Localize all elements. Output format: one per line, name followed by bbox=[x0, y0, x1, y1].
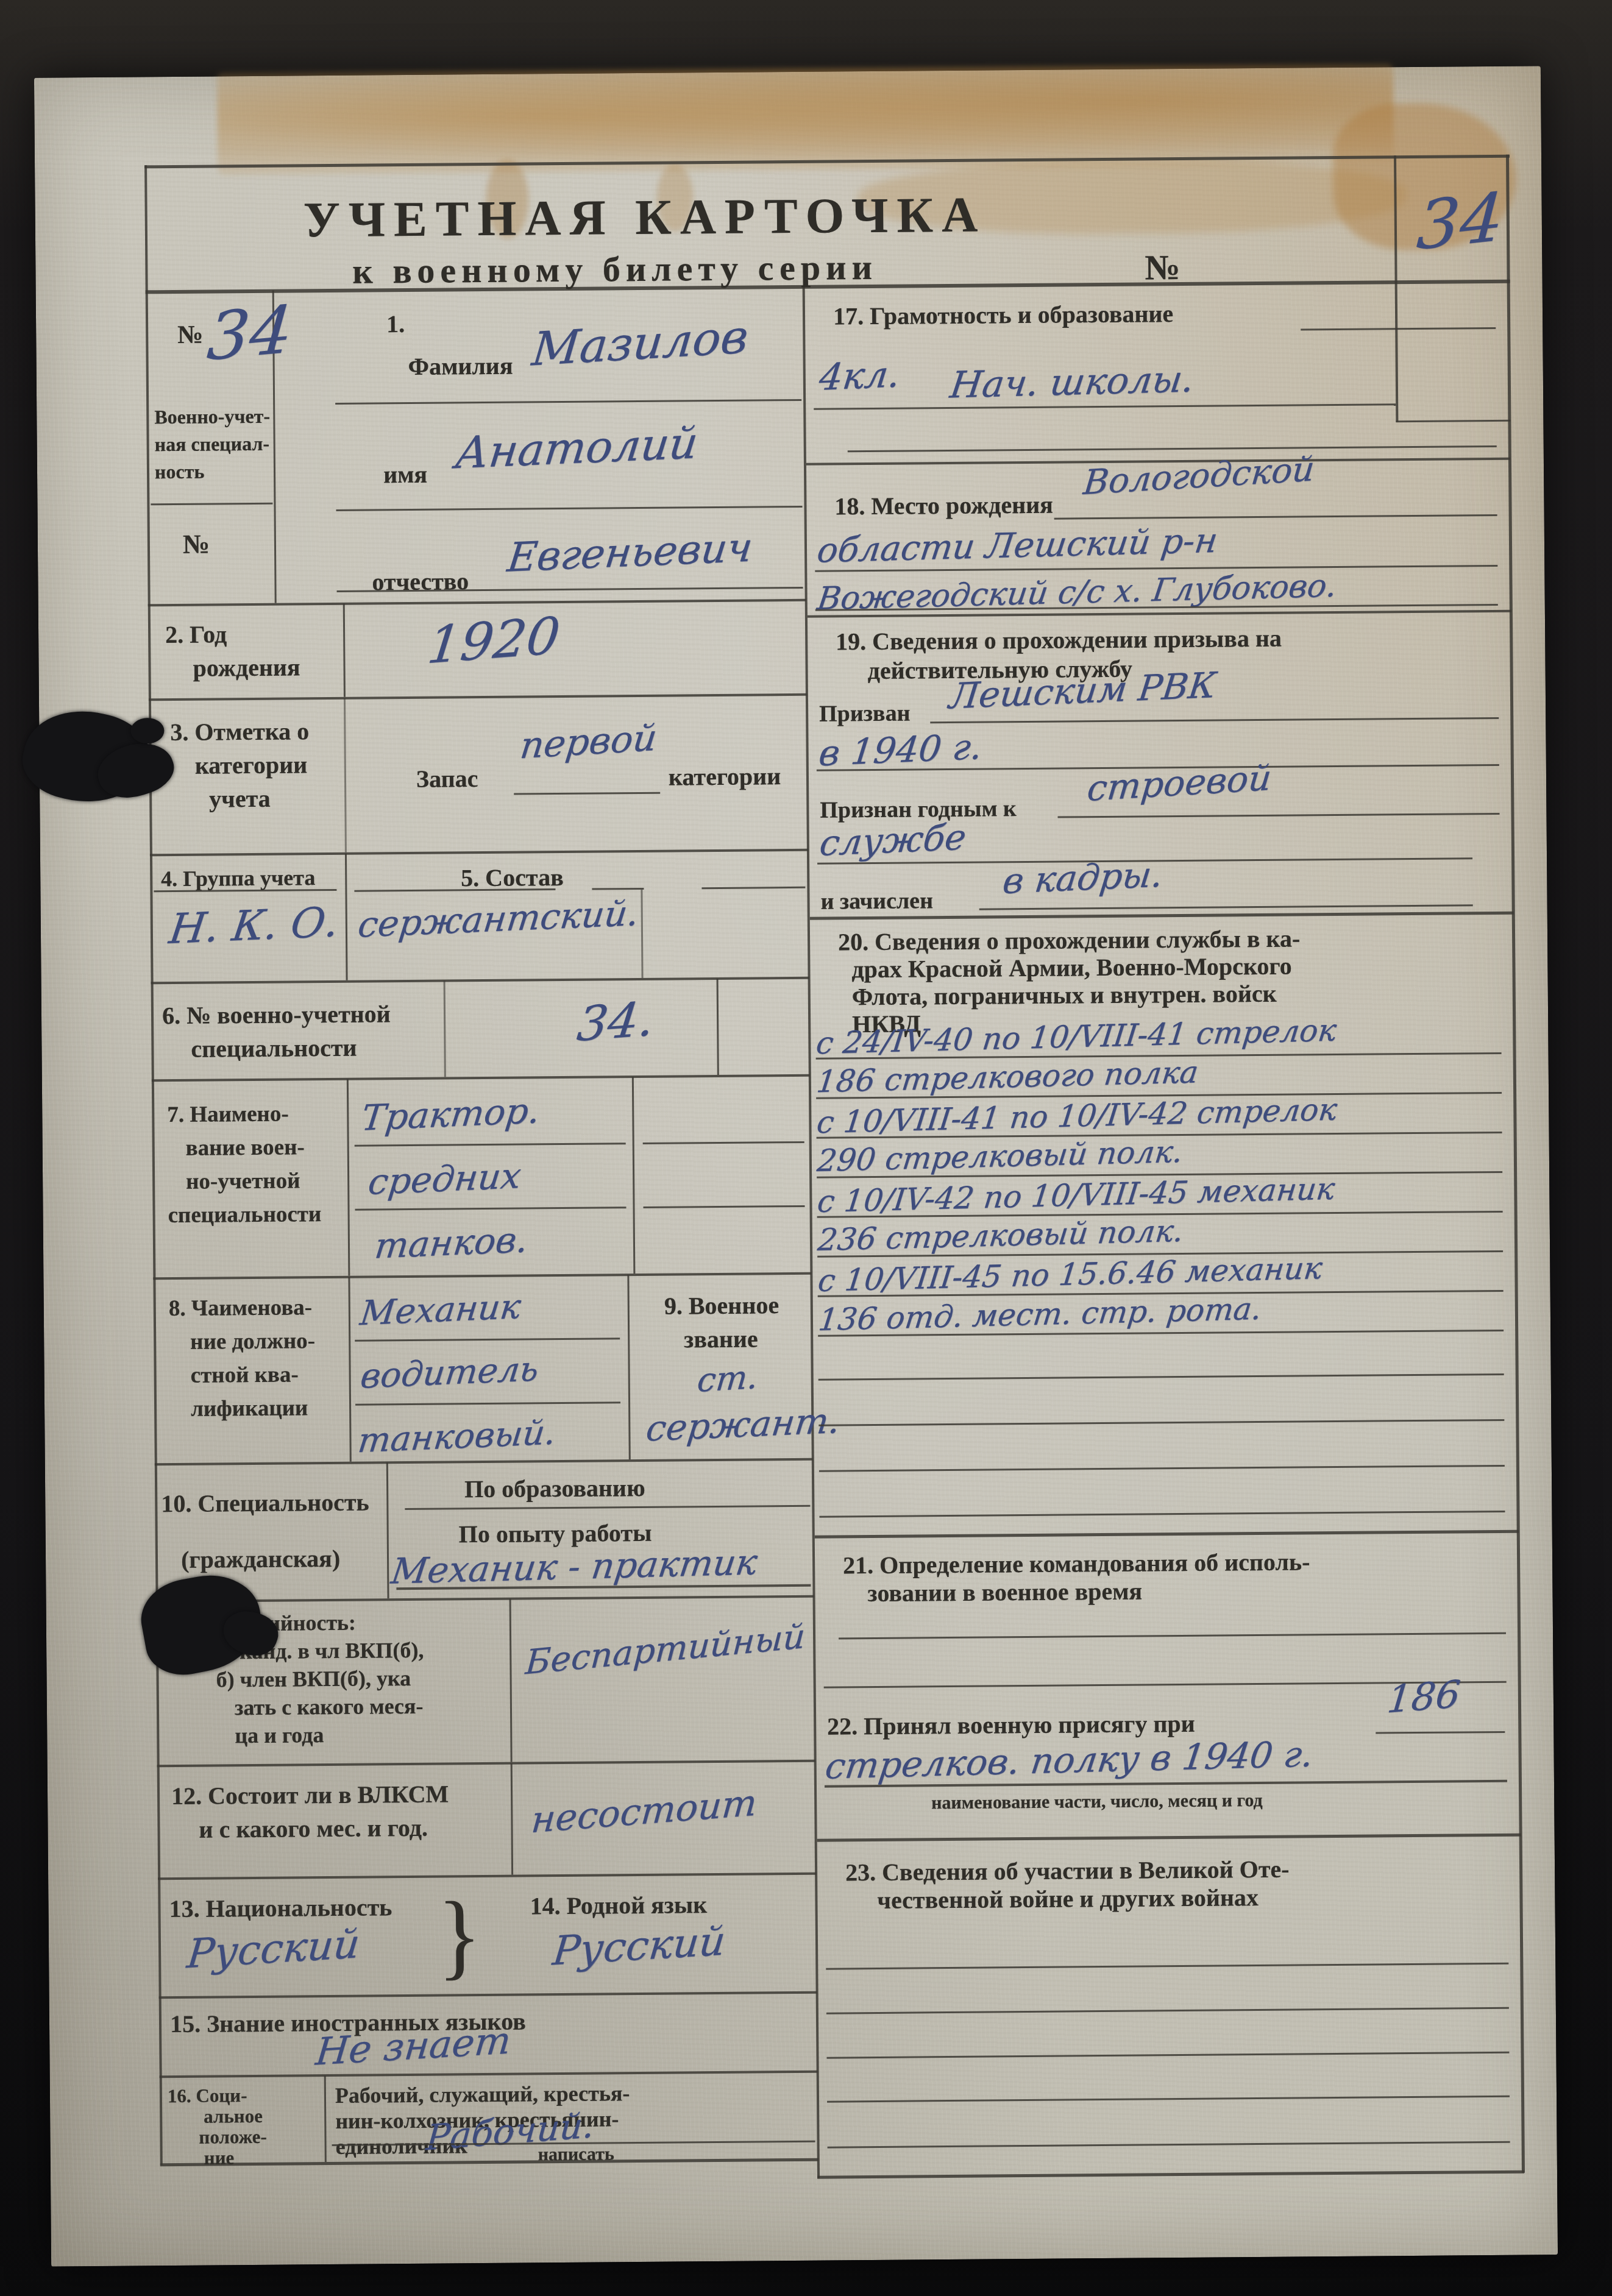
field17-dash-line bbox=[1301, 327, 1496, 331]
field8-value-line1: Механик bbox=[358, 1287, 523, 1333]
field8-uline1 bbox=[355, 1338, 620, 1341]
field12-value: несостоит bbox=[530, 1782, 758, 1841]
field17-value-part1: 4кл. bbox=[817, 353, 902, 399]
r4-bottom bbox=[151, 977, 809, 984]
field8-label-line3: стной ква- bbox=[190, 1361, 298, 1388]
r1-bottom bbox=[148, 599, 806, 606]
field1-surname-line bbox=[335, 399, 801, 405]
field18-value-line2: области Лешский р-н bbox=[815, 521, 1220, 571]
field6-value: 34. bbox=[574, 992, 657, 1053]
field19-uline3 bbox=[1058, 813, 1500, 818]
fields-13-14-brace: } bbox=[437, 1880, 481, 1991]
field19-called-label: Призван bbox=[819, 700, 911, 728]
reg-no2-sign: № bbox=[183, 529, 210, 560]
field8-label-line1: 8. Чаименова- bbox=[169, 1294, 313, 1322]
r9-bottom bbox=[157, 1760, 815, 1767]
corner-cell-divider bbox=[1394, 155, 1398, 422]
field16-label-line1: 16. Соци- bbox=[168, 2085, 247, 2107]
field23-label-line2: чественной войне и других войнах bbox=[877, 1883, 1259, 1915]
vus-label-line1: Военно-учет- bbox=[154, 405, 270, 428]
r5-bottom bbox=[152, 1074, 810, 1082]
field19-uline5 bbox=[979, 904, 1473, 910]
field7-right-uline1 bbox=[643, 1141, 804, 1144]
field1-name-line bbox=[336, 506, 803, 511]
r6-vline-a bbox=[347, 1079, 350, 1276]
corner-cell-bottom bbox=[1396, 420, 1510, 422]
field20-service-line8: 136 отд. мест. стр. рота. bbox=[817, 1291, 1263, 1338]
field16-label-line2: альное bbox=[204, 2105, 263, 2128]
field1-name-value: Анатолий bbox=[453, 417, 701, 478]
vus-label-line3: ность bbox=[155, 461, 205, 484]
field7-label-line2: вание воен- bbox=[186, 1134, 305, 1161]
field11-label-line5: ца и года bbox=[235, 1722, 324, 1748]
field7-uline2 bbox=[355, 1206, 627, 1210]
r10-vline bbox=[511, 1763, 513, 1875]
field23-blank1 bbox=[826, 1963, 1508, 1970]
r9-vline bbox=[510, 1599, 513, 1762]
field5-label: 5. Состав bbox=[461, 863, 564, 892]
field18-value-line1: Вологодской bbox=[1082, 449, 1316, 503]
field23-blank3 bbox=[826, 2052, 1509, 2059]
field1-surname-label: Фамилия bbox=[408, 352, 513, 381]
field20-blank4 bbox=[820, 1511, 1505, 1518]
field4-value: Н. К. О. bbox=[166, 898, 342, 954]
field16-hint: написать bbox=[538, 2144, 614, 2165]
card-subtitle: к военному билету серии bbox=[352, 247, 878, 292]
s20-bottom bbox=[815, 1530, 1519, 1539]
field3-category-line bbox=[514, 792, 660, 795]
field9-value-line1: ст. bbox=[695, 1358, 759, 1400]
field17-uline bbox=[814, 403, 1396, 410]
field17-label: 17. Грамотность и образование bbox=[833, 299, 1174, 330]
r3-bottom bbox=[150, 849, 808, 856]
field13-label: 13. Национальность bbox=[169, 1893, 392, 1923]
field8-value-line2: водитель bbox=[358, 1349, 541, 1396]
field9-label-line1: 9. Военное bbox=[664, 1291, 779, 1320]
field16-label-line4: ние bbox=[204, 2147, 235, 2169]
field20-blank3 bbox=[819, 1465, 1505, 1472]
field5-value: сержантский. bbox=[356, 892, 641, 946]
card-number-value: 34 bbox=[1415, 178, 1506, 265]
card-top-border bbox=[144, 155, 1510, 169]
field1-surname-value: Мазилов bbox=[530, 309, 751, 376]
r2-vline bbox=[343, 604, 346, 697]
r3-vline bbox=[344, 698, 347, 852]
field1-patronymic-value: Евгеньевич bbox=[505, 524, 755, 581]
r6-vline-b bbox=[632, 1077, 636, 1274]
series-number-sign: № bbox=[1145, 247, 1181, 288]
s22-bottom bbox=[817, 1834, 1521, 1842]
field3-zapas-label: Запас bbox=[416, 764, 478, 793]
r8-vline bbox=[386, 1462, 389, 1598]
field9-value-line2: сержант. bbox=[644, 1400, 842, 1450]
field19-label-line1: 19. Сведения о прохождении призыва на bbox=[836, 624, 1282, 656]
field21-blank1 bbox=[839, 1632, 1506, 1640]
field18-label: 18. Место рождения bbox=[834, 491, 1053, 521]
r10-bottom bbox=[158, 1873, 816, 1880]
field11-label-line3: б) член ВКП(б), ука bbox=[216, 1665, 411, 1693]
field2-value: 1920 bbox=[424, 606, 563, 675]
card-title: УЧЕТНАЯ КАРТОЧКА bbox=[303, 186, 986, 249]
reg-no-value: 34 bbox=[204, 292, 295, 376]
r1-label-divider bbox=[151, 503, 272, 506]
field20-blank2 bbox=[818, 1419, 1504, 1426]
field20-service-line6: 236 стрелковый полк. bbox=[816, 1213, 1185, 1258]
field22-value-part1: 186 bbox=[1385, 1671, 1463, 1721]
field14-label: 14. Родной язык bbox=[530, 1890, 707, 1920]
field3-label-line2: категории bbox=[195, 750, 308, 779]
field8-uline2 bbox=[355, 1401, 620, 1405]
field3-categories-label: категории bbox=[669, 762, 781, 791]
field16-label-line3: положе- bbox=[199, 2126, 267, 2149]
field8-label-line4: лификации bbox=[191, 1395, 308, 1422]
field3-label-line3: учета bbox=[209, 784, 271, 813]
r7-vline-a bbox=[348, 1277, 351, 1462]
r5-vline-b bbox=[717, 979, 719, 1075]
field5-line-b bbox=[592, 888, 644, 890]
field20-label-line2: драх Красной Армии, Военно-Морского bbox=[851, 952, 1292, 984]
r5-vline-a bbox=[444, 981, 446, 1077]
field10-label-line1: 10. Специальность bbox=[161, 1488, 369, 1518]
field8-value-line3: танковый. bbox=[356, 1412, 558, 1461]
field13-value: Русский bbox=[185, 1920, 361, 1977]
field7-value-line3: танков. bbox=[372, 1219, 530, 1267]
r11-bottom bbox=[159, 1991, 817, 1999]
field23-blank5 bbox=[828, 2141, 1510, 2149]
registration-card-paper: УЧЕТНАЯ КАРТОЧКА к военному билету серии… bbox=[34, 66, 1558, 2266]
r2-bottom bbox=[149, 693, 807, 701]
field19-fit-value2: службе bbox=[817, 817, 968, 864]
field19-uline1 bbox=[930, 717, 1499, 723]
field22-value-part2: стрелков. полку в 1940 г. bbox=[823, 1733, 1316, 1787]
field18-uline1 bbox=[1054, 514, 1497, 520]
field7-uline1 bbox=[355, 1143, 626, 1146]
r12-bottom bbox=[160, 2071, 818, 2078]
field19-enrolled-value: в кадры. bbox=[1001, 854, 1165, 902]
field22-caption: наименование части, число, месяц и год bbox=[931, 1790, 1263, 1813]
field16-options-line1: Рабочий, служащий, крестья- bbox=[335, 2080, 630, 2108]
field19-fit-value: строевой bbox=[1085, 757, 1273, 809]
field4-label: 4. Группа учета bbox=[161, 865, 315, 891]
field19-enrolled-label: и зачислен bbox=[820, 887, 933, 915]
field10-label-line2: (гражданская) bbox=[181, 1544, 341, 1574]
r4-inner-vline bbox=[641, 890, 643, 978]
field17-value-part2: Нач. школы. bbox=[948, 358, 1197, 406]
field7-right-uline2 bbox=[644, 1205, 805, 1208]
field11-value: Беспартийный bbox=[524, 1617, 806, 1682]
ink-blot-1c bbox=[130, 718, 164, 743]
field3-category-value: первой bbox=[518, 717, 659, 767]
field3-label-line1: 3. Отметка о bbox=[170, 717, 309, 746]
field22-label: 22. Принял военную присягу при bbox=[827, 1709, 1195, 1741]
reg-no-sign: № bbox=[177, 321, 204, 350]
left-column-bottom-border bbox=[160, 2158, 818, 2166]
field7-label-line1: 7. Наимено- bbox=[167, 1101, 289, 1129]
field23-label-line1: 23. Сведения об участии в Великой Оте- bbox=[845, 1855, 1290, 1887]
field10-education-label: По образованию bbox=[464, 1473, 645, 1503]
vus-label-line2: ная специал- bbox=[155, 433, 270, 456]
field20-service-line4: 290 стрелковый полк. bbox=[815, 1134, 1185, 1178]
field8-label-line2: ние должно- bbox=[190, 1328, 315, 1355]
field17-blank-line bbox=[848, 445, 1497, 452]
field6-label-line1: 6. № военно-учетной bbox=[162, 999, 391, 1030]
field7-value-line1: Трактор. bbox=[360, 1090, 542, 1138]
r7-vline-b bbox=[627, 1275, 630, 1459]
r4-vline bbox=[345, 854, 348, 980]
field11-label-line4: зать с какого меся- bbox=[235, 1693, 424, 1720]
field14-value: Русский bbox=[550, 1918, 727, 1975]
field7-value-line2: средних bbox=[366, 1155, 524, 1203]
field10-value: Механик - практик bbox=[389, 1541, 760, 1592]
field23-blank4 bbox=[827, 2096, 1510, 2103]
field1-name-label: имя bbox=[383, 460, 427, 489]
field5-line-c bbox=[701, 887, 805, 889]
field1-number: 1. bbox=[386, 310, 405, 338]
field19-called-value2: в 1940 г. bbox=[817, 726, 984, 774]
field12-label-line2: и с какого мес. и год. bbox=[199, 1813, 428, 1844]
field20-label-line3: Флота, пограничных и внутрен. войск bbox=[852, 979, 1277, 1011]
field10-education-line bbox=[405, 1505, 810, 1510]
field9-label-line2: звание bbox=[684, 1324, 758, 1353]
field23-blank2 bbox=[826, 2007, 1509, 2014]
r13-vline bbox=[324, 2075, 327, 2162]
field20-blank1 bbox=[818, 1373, 1504, 1381]
field20-service-line2: 186 стрелкового полка bbox=[815, 1054, 1200, 1099]
r6-bottom bbox=[153, 1272, 811, 1280]
field22-uline1 bbox=[1376, 1731, 1505, 1734]
r7-bottom bbox=[155, 1458, 813, 1465]
field6-label-line2: специальности bbox=[191, 1033, 357, 1063]
field21-label-line1: 21. Определение командования об исполь- bbox=[843, 1547, 1310, 1579]
field7-label-line3: но-учетной bbox=[186, 1167, 300, 1194]
field21-label-line2: зовании в военное время bbox=[867, 1577, 1142, 1608]
right-column-bottom-border bbox=[817, 2170, 1524, 2179]
field7-label-line4: специальности bbox=[168, 1201, 321, 1228]
field2-label-line2: рождения bbox=[193, 653, 300, 682]
field2-label-line1: 2. Год bbox=[165, 620, 227, 649]
field12-label-line1: 12. Состоит ли в ВЛКСМ bbox=[171, 1780, 449, 1811]
